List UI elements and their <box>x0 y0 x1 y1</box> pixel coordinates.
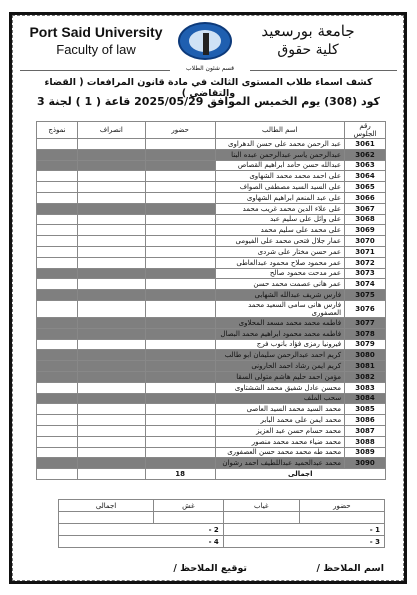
note-item-3: 3 - <box>223 536 384 548</box>
table-row: 3070عمار جلال فتحى محمد على الفيومى <box>37 236 386 247</box>
header-student-name: اسم الطالب <box>215 122 345 139</box>
seat-number: 3079 <box>345 339 386 350</box>
student-name: عمر هانى عصمت محمد حسن <box>215 279 345 290</box>
student-name: عمر حسن مختار على شردى <box>215 246 345 257</box>
attendance-cell <box>145 149 215 160</box>
student-name: كريم احمد عبدالرحمن سليمان ابو طالب <box>215 350 345 361</box>
model-cell <box>37 350 78 361</box>
model-cell <box>37 404 78 415</box>
departure-cell <box>77 268 145 279</box>
model-cell <box>37 257 78 268</box>
seat-number: 3067 <box>345 203 386 214</box>
table-row: 3085محمد السيد محمد السيد العاصى <box>37 404 386 415</box>
model-cell <box>37 300 78 317</box>
attendance-cell <box>145 279 215 290</box>
seat-number: 3063 <box>345 160 386 171</box>
student-name: كريم ايمن رشاد احمد الحارونى <box>215 361 345 372</box>
seat-number: 3089 <box>345 447 386 458</box>
table-row: 3063عبدالله حسن حامد ابراهيم القصاص <box>37 160 386 171</box>
student-name: فاطمه محمد محمد مسعد المحلاوى <box>215 317 345 328</box>
summary-value-row <box>59 512 385 524</box>
seat-number: 3077 <box>345 317 386 328</box>
departure-cell <box>77 290 145 301</box>
model-cell <box>37 149 78 160</box>
seat-number: 3085 <box>345 404 386 415</box>
model-cell <box>37 371 78 382</box>
seat-number: 3074 <box>345 279 386 290</box>
student-name: سحب الملف <box>215 393 345 404</box>
attendance-cell <box>145 192 215 203</box>
note-item-1: 1 - <box>223 524 384 536</box>
table-row: 3078فاطمه محمد محمود ابراهيم محمد البصال <box>37 328 386 339</box>
student-name: على محمد على سليم محمد <box>215 225 345 236</box>
seat-number: 3062 <box>345 149 386 160</box>
table-row: 3065على السيد السيد مصطفى الصواف <box>37 182 386 193</box>
departure-cell <box>77 361 145 372</box>
observer-name-label: اسم الملاحظ / <box>316 563 384 574</box>
university-name-en: Port Said University <box>26 24 166 40</box>
table-row: 3074عمر هانى عصمت محمد حسن <box>37 279 386 290</box>
model-cell <box>37 415 78 426</box>
student-name: محمد السيد محمد السيد العاصى <box>215 404 345 415</box>
departure-cell <box>77 393 145 404</box>
student-name: فيرونيا رمزى فؤاد بانوب فرج <box>215 339 345 350</box>
table-row: 3088محمد ضياء محمد محمد منصور <box>37 436 386 447</box>
table-row: 3062عبدالرحمن ياسر عبدالرحمن عبده البنا <box>37 149 386 160</box>
student-name: على عبد المنعم ابراهيم الشهاوى <box>215 192 345 203</box>
university-name-ar: جامعة بورسعيد <box>243 22 373 40</box>
attendance-cell <box>145 425 215 436</box>
summary-header-absent: غياب <box>223 500 299 512</box>
seat-number: 3083 <box>345 382 386 393</box>
model-cell <box>37 203 78 214</box>
table-row: 3087محمد حسام حسن عبد العزيز <box>37 425 386 436</box>
student-name: فارس شريف عبدالله الشهابى <box>215 290 345 301</box>
table-row: 3083محسن عادل شفيق محمد الششتاوى <box>37 382 386 393</box>
attendance-cell <box>145 415 215 426</box>
exam-details: كود (308) يوم الخميس الموافق 2025/05/29 … <box>20 95 397 108</box>
attendance-cell <box>145 257 215 268</box>
departure-cell <box>77 371 145 382</box>
departure-cell <box>77 182 145 193</box>
summary-header-row: حضور غياب غش اجمالى <box>59 500 385 512</box>
total-label: اجمالى <box>215 469 385 480</box>
seat-number: 3065 <box>345 182 386 193</box>
attendance-cell <box>145 393 215 404</box>
attendance-cell <box>145 328 215 339</box>
student-name: فارس هانى سامى السعيد محمد العصفورى <box>215 300 345 317</box>
table-row: 3090محمد عبدالحميد عبداللطيف احمد رشوان <box>37 458 386 469</box>
seat-number: 3075 <box>345 290 386 301</box>
table-row: 3066على عبد المنعم ابراهيم الشهاوى <box>37 192 386 203</box>
table-row: 3089محمد طه محمد محمد حسن العصفورى <box>37 447 386 458</box>
table-row: 3082مؤمن احمد حليم هاشم متولى السقا <box>37 371 386 382</box>
seat-number: 3086 <box>345 415 386 426</box>
model-cell <box>37 192 78 203</box>
department-label: قسم شئون الطلاب <box>170 65 250 72</box>
model-cell <box>37 317 78 328</box>
departure-cell <box>77 447 145 458</box>
seat-number: 3082 <box>345 371 386 382</box>
student-name: على السيد السيد مصطفى الصواف <box>215 182 345 193</box>
departure-cell <box>77 149 145 160</box>
attendance-cell <box>145 290 215 301</box>
model-cell <box>37 425 78 436</box>
attendance-cell <box>145 236 215 247</box>
summary-header-present: حضور <box>299 500 384 512</box>
summary-notes-row: 3 - 4 - <box>59 536 385 548</box>
seat-number: 3080 <box>345 350 386 361</box>
table-row: 3075فارس شريف عبدالله الشهابى <box>37 290 386 301</box>
student-name: عمار جلال فتحى محمد على الفيومى <box>215 236 345 247</box>
seat-number: 3069 <box>345 225 386 236</box>
attendance-cell <box>145 350 215 361</box>
seat-number: 3061 <box>345 139 386 150</box>
seat-number: 3088 <box>345 436 386 447</box>
model-cell <box>37 361 78 372</box>
departure-cell <box>77 415 145 426</box>
departure-cell <box>77 300 145 317</box>
summary-notes-row: 1 - 2 - <box>59 524 385 536</box>
model-cell <box>37 447 78 458</box>
seat-number: 3071 <box>345 246 386 257</box>
student-name: محمد حسام حسن عبد العزيز <box>215 425 345 436</box>
departure-cell <box>77 317 145 328</box>
header-attendance: حضور <box>145 122 215 139</box>
university-logo-icon <box>178 22 232 60</box>
student-name: عبدالرحمن ياسر عبدالرحمن عبده البنا <box>215 149 345 160</box>
model-cell <box>37 393 78 404</box>
seat-number: 3066 <box>345 192 386 203</box>
summary-header-total: اجمالى <box>59 500 154 512</box>
model-cell <box>37 328 78 339</box>
faculty-name-en: Faculty of law <box>26 42 166 57</box>
student-name: عمر محمود صلاح محمود عبدالعاطى <box>215 257 345 268</box>
header-model: نموذج <box>37 122 78 139</box>
table-row: 3081كريم ايمن رشاد احمد الحارونى <box>37 361 386 372</box>
model-cell <box>37 268 78 279</box>
departure-cell <box>77 404 145 415</box>
student-name: عمر مدحت محمود صالح <box>215 268 345 279</box>
model-cell <box>37 160 78 171</box>
departure-cell <box>77 279 145 290</box>
table-row: 3064على احمد محمد محمد الشهاوى <box>37 171 386 182</box>
departure-cell <box>77 257 145 268</box>
table-row: 3077فاطمه محمد محمد مسعد المحلاوى <box>37 317 386 328</box>
student-name: محمد ضياء محمد محمد منصور <box>215 436 345 447</box>
observer-signature-label: توقيع الملاحظ / <box>173 563 247 574</box>
model-cell <box>37 290 78 301</box>
attendance-cell <box>145 203 215 214</box>
departure-cell <box>77 328 145 339</box>
seat-number: 3072 <box>345 257 386 268</box>
model-cell <box>37 339 78 350</box>
student-name: محمد ايمن على محمد البابر <box>215 415 345 426</box>
departure-cell <box>77 246 145 257</box>
students-table: رقم الجلوس اسم الطالب حضور انصراف نموذج … <box>36 121 386 480</box>
attendance-cell <box>145 160 215 171</box>
attendance-cell <box>145 171 215 182</box>
student-name: محمد طه محمد محمد حسن العصفورى <box>215 447 345 458</box>
departure-cell <box>77 139 145 150</box>
departure-cell <box>77 160 145 171</box>
model-cell <box>37 436 78 447</box>
attendance-cell <box>145 317 215 328</box>
departure-cell <box>77 214 145 225</box>
table-row: 3084سحب الملف <box>37 393 386 404</box>
student-name: مؤمن احمد حليم هاشم متولى السقا <box>215 371 345 382</box>
attendance-cell <box>145 225 215 236</box>
table-header-row: رقم الجلوس اسم الطالب حضور انصراف نموذج <box>37 122 386 139</box>
attendance-cell <box>145 458 215 469</box>
student-name: على علاء الدين محمد غريب محمد <box>215 203 345 214</box>
departure-cell <box>77 339 145 350</box>
table-row: 3073عمر مدحت محمود صالح <box>37 268 386 279</box>
model-cell <box>37 246 78 257</box>
seat-number: 3084 <box>345 393 386 404</box>
model-cell <box>37 214 78 225</box>
seat-number: 3090 <box>345 458 386 469</box>
summary-header-cheating: غش <box>154 500 224 512</box>
attendance-cell <box>145 382 215 393</box>
table-row: 3068على وائل على سليم عبد <box>37 214 386 225</box>
departure-cell <box>77 382 145 393</box>
attendance-cell <box>145 371 215 382</box>
departure-cell <box>77 225 145 236</box>
attendance-cell <box>145 339 215 350</box>
student-name: عبد الرحمن محمد على حسن الدهراوى <box>215 139 345 150</box>
attendance-cell <box>145 447 215 458</box>
header-arabic: جامعة بورسعيد كلية حقوق <box>243 22 373 58</box>
seat-number: 3087 <box>345 425 386 436</box>
attendance-cell <box>145 246 215 257</box>
table-row: 3069على محمد على سليم محمد <box>37 225 386 236</box>
model-cell <box>37 382 78 393</box>
attendance-cell <box>145 268 215 279</box>
note-item-4: 4 - <box>59 536 224 548</box>
model-cell <box>37 236 78 247</box>
seat-number: 3078 <box>345 328 386 339</box>
model-cell <box>37 279 78 290</box>
table-row: 3079فيرونيا رمزى فؤاد بانوب فرج <box>37 339 386 350</box>
student-name: محمد عبدالحميد عبداللطيف احمد رشوان <box>215 458 345 469</box>
table-row: 3086محمد ايمن على محمد البابر <box>37 415 386 426</box>
total-row: اجمالى 18 <box>37 469 386 480</box>
attendance-cell <box>145 300 215 317</box>
student-name: على وائل على سليم عبد <box>215 214 345 225</box>
header-seat-number: رقم الجلوس <box>345 122 386 139</box>
attendance-cell <box>145 404 215 415</box>
table-row: 3061عبد الرحمن محمد على حسن الدهراوى <box>37 139 386 150</box>
table-row: 3067على علاء الدين محمد غريب محمد <box>37 203 386 214</box>
student-name: على احمد محمد محمد الشهاوى <box>215 171 345 182</box>
seat-number: 3068 <box>345 214 386 225</box>
seat-number: 3073 <box>345 268 386 279</box>
header-departure: انصراف <box>77 122 145 139</box>
departure-cell <box>77 425 145 436</box>
departure-cell <box>77 236 145 247</box>
header-english: Port Said University Faculty of law <box>26 24 166 57</box>
attendance-cell <box>145 214 215 225</box>
model-cell <box>37 225 78 236</box>
attendance-cell <box>145 361 215 372</box>
attendance-cell <box>145 182 215 193</box>
model-cell <box>37 458 78 469</box>
table-row: 3071عمر حسن مختار على شردى <box>37 246 386 257</box>
seat-number: 3081 <box>345 361 386 372</box>
departure-cell <box>77 203 145 214</box>
student-name: محسن عادل شفيق محمد الششتاوى <box>215 382 345 393</box>
attendance-cell <box>145 139 215 150</box>
model-cell <box>37 139 78 150</box>
model-cell <box>37 182 78 193</box>
student-name: فاطمه محمد محمود ابراهيم محمد البصال <box>215 328 345 339</box>
departure-cell <box>77 350 145 361</box>
table-row: 3072عمر محمود صلاح محمود عبدالعاطى <box>37 257 386 268</box>
faculty-name-ar: كلية حقوق <box>243 42 373 58</box>
note-item-2: 2 - <box>59 524 224 536</box>
seat-number: 3070 <box>345 236 386 247</box>
attendance-cell <box>145 436 215 447</box>
model-cell <box>37 171 78 182</box>
departure-cell <box>77 171 145 182</box>
table-row: 3080كريم احمد عبدالرحمن سليمان ابو طالب <box>37 350 386 361</box>
summary-table: حضور غياب غش اجمالى 1 - 2 - 3 - 4 - <box>58 499 385 548</box>
student-name: عبدالله حسن حامد ابراهيم القصاص <box>215 160 345 171</box>
seat-number: 3076 <box>345 300 386 317</box>
seat-number: 3064 <box>345 171 386 182</box>
departure-cell <box>77 192 145 203</box>
departure-cell <box>77 458 145 469</box>
departure-cell <box>77 436 145 447</box>
table-row: 3076فارس هانى سامى السعيد محمد العصفورى <box>37 300 386 317</box>
total-value: 18 <box>145 469 215 480</box>
